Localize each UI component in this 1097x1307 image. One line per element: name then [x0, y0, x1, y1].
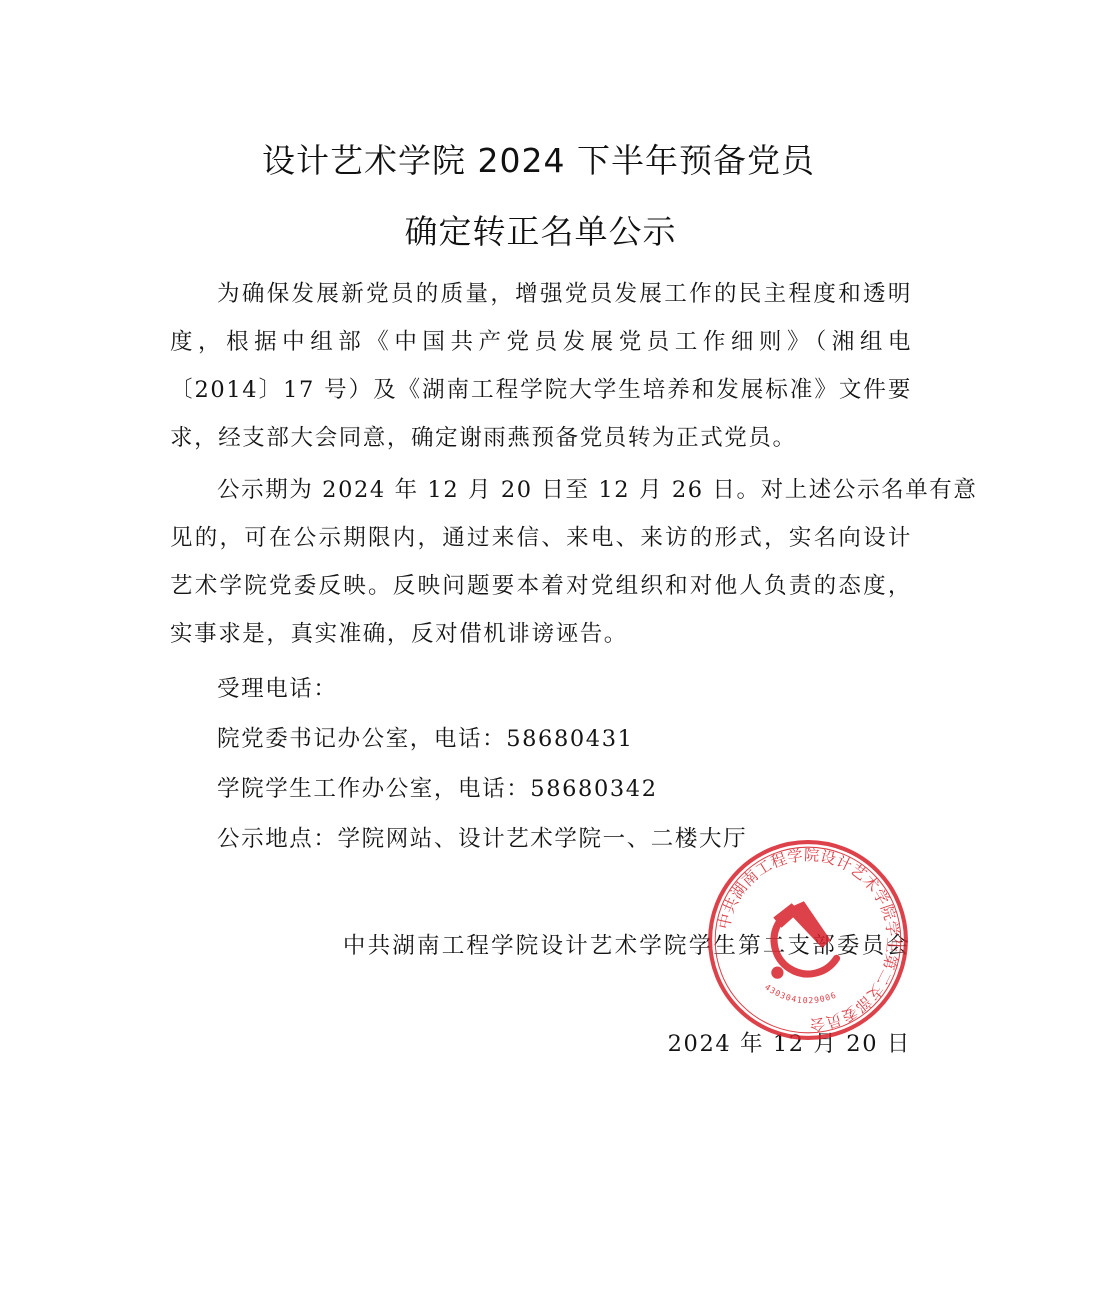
paragraph-line: 艺术学院党委反映。反映问题要本着对党组织和对他人负责的态度，	[170, 562, 912, 610]
stamp-serial: 4303041029006	[763, 982, 838, 1006]
paragraph-line: 公示期为 2024 年 12 月 20 日至 12 月 26 日。对上述公示名单…	[170, 466, 912, 514]
issuer-signature: 中共湖南工程学院设计艺术学院学生第二支部委员会	[343, 922, 911, 970]
issue-date: 2024 年 12 月 20 日	[668, 1020, 911, 1068]
paragraph-line: 实事求是，真实准确，反对借机诽谤诬告。	[170, 610, 912, 658]
paragraph-line: 求，经支部大会同意，确定谢雨燕预备党员转为正式党员。	[170, 414, 912, 462]
paragraph-basis: 为确保发展新党员的质量，增强党员发展工作的民主程度和透明 度，根据中组部《中国共…	[170, 270, 912, 462]
paragraph-line: 〔2014〕17 号）及《湖南工程学院大学生培养和发展标准》文件要	[170, 366, 912, 414]
document-title-line1: 设计艺术学院 2024 下半年预备党员	[0, 141, 1087, 181]
paragraph-line: 度，根据中组部《中国共产党员发展党员工作细则》（湘组电	[170, 318, 912, 366]
svg-text:4303041029006: 4303041029006	[763, 982, 838, 1006]
contact-section: 受理电话： 院党委书记办公室，电话：58680431 学院学生工作办公室，电话：…	[217, 664, 747, 864]
contact-office-student-affairs: 学院学生工作办公室，电话：58680342	[217, 764, 747, 814]
paragraph-line: 为确保发展新党员的质量，增强党员发展工作的民主程度和透明	[170, 270, 912, 318]
contact-office-party-secretary: 院党委书记办公室，电话：58680431	[217, 714, 747, 764]
document-title-line2: 确定转正名单公示	[0, 212, 1089, 252]
paragraph-publicity-period: 公示期为 2024 年 12 月 20 日至 12 月 26 日。对上述公示名单…	[170, 466, 912, 658]
publicity-location: 公示地点：学院网站、设计艺术学院一、二楼大厅	[217, 814, 747, 864]
contact-heading: 受理电话：	[217, 664, 747, 714]
paragraph-line: 见的，可在公示期限内，通过来信、来电、来访的形式，实名向设计	[170, 514, 912, 562]
document-page: 设计艺术学院 2024 下半年预备党员 确定转正名单公示 为确保发展新党员的质量…	[0, 0, 1097, 1307]
